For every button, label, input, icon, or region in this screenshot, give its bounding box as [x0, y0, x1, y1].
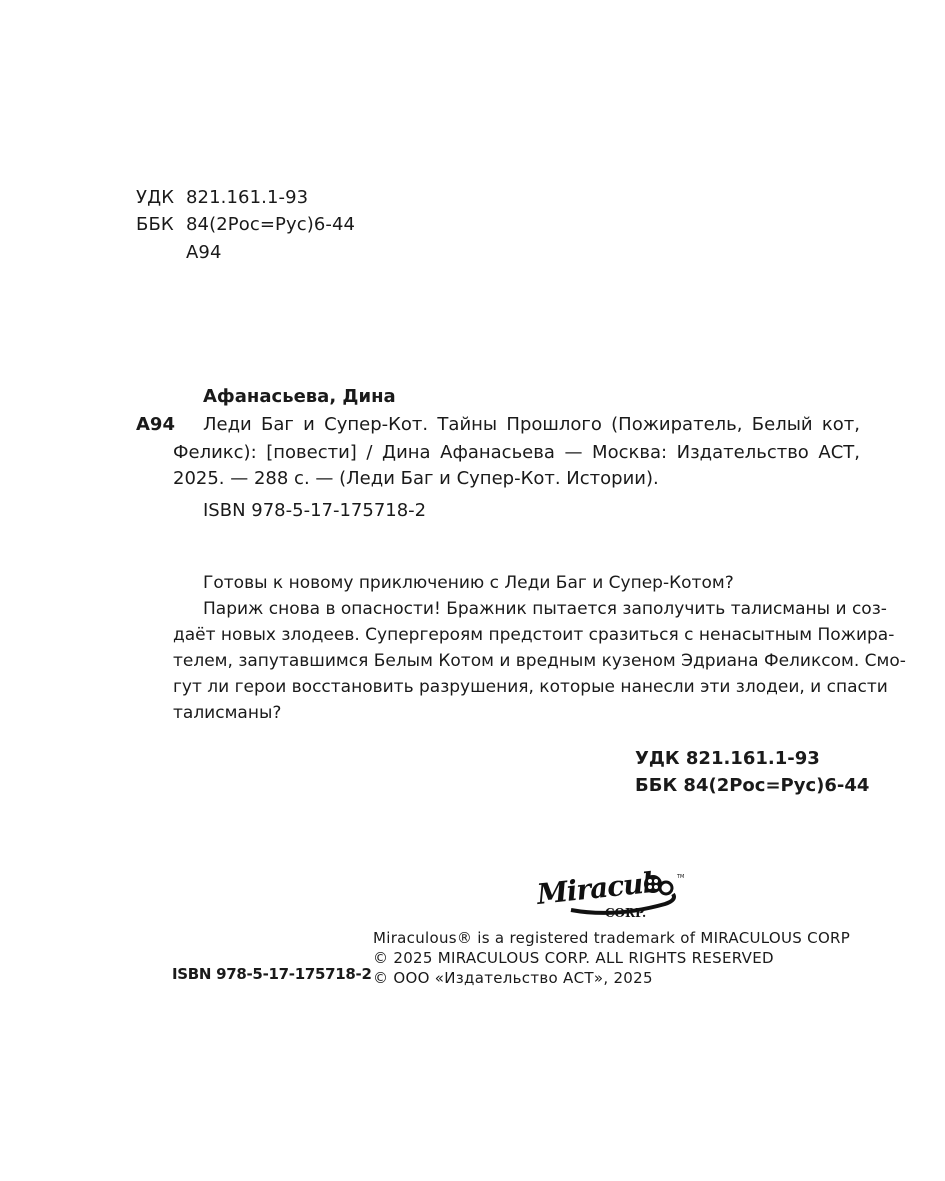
- copyright-line: © 2025 MIRACULOUS CORP. ALL RIGHTS RESER…: [373, 948, 774, 969]
- udk-value: 821.161.1-93: [186, 185, 308, 211]
- svg-text:Miracul: Miracul: [535, 868, 654, 911]
- udk-bottom: УДК 821.161.1-93: [635, 745, 820, 773]
- logo-svg: Miracul CORP. TM: [535, 868, 685, 924]
- annotation-line: гут ли герои восстановить разрушения, ко…: [173, 674, 860, 700]
- annotation-line: Париж снова в опасности! Бражник пытаетс…: [203, 596, 860, 622]
- svg-text:TM: TM: [676, 874, 684, 880]
- bib-author: Афанасьева, Дина: [203, 386, 396, 407]
- bbk-bottom: ББК 84(2Рос=Рус)6-44: [635, 772, 869, 800]
- bbk-top: ББК84(2Рос=Рус)6-44: [136, 212, 355, 238]
- isbn-bottom: ISBN 978-5-17-175718-2: [172, 965, 372, 983]
- bib-isbn: ISBN 978-5-17-175718-2: [203, 500, 426, 521]
- bib-line: Леди Баг и Супер-Кот. Тайны Прошлого (По…: [203, 412, 860, 438]
- udk-label: УДК: [136, 185, 186, 211]
- bib-line: Феликс): [повести] / Дина Афанасьева — М…: [173, 440, 860, 466]
- logo-corp-text: CORP.: [605, 906, 646, 920]
- annotation-line: талисманы?: [173, 700, 860, 726]
- bbk-value: 84(2Рос=Рус)6-44: [186, 212, 355, 238]
- bbk-label: ББК: [136, 212, 186, 238]
- copyright-line: © ООО «Издательство АСТ», 2025: [373, 968, 653, 989]
- copyright-line: Miraculous® is a registered trademark of…: [373, 928, 850, 949]
- annotation-line: телем, запутавшимся Белым Котом и вредны…: [173, 648, 860, 674]
- bib-line: 2025. — 288 с. — (Леди Баг и Супер-Кот. …: [173, 466, 860, 492]
- miraculous-corp-logo: Miracul CORP. TM: [535, 868, 685, 924]
- bib-author-code: А94: [136, 414, 175, 435]
- annotation-line: даёт новых злодеев. Супергероям предстои…: [173, 622, 860, 648]
- author-code-top: А94: [186, 240, 222, 266]
- udk-top: УДК821.161.1-93: [136, 185, 308, 211]
- annotation-line: Готовы к новому приключению с Леди Баг и…: [203, 570, 860, 596]
